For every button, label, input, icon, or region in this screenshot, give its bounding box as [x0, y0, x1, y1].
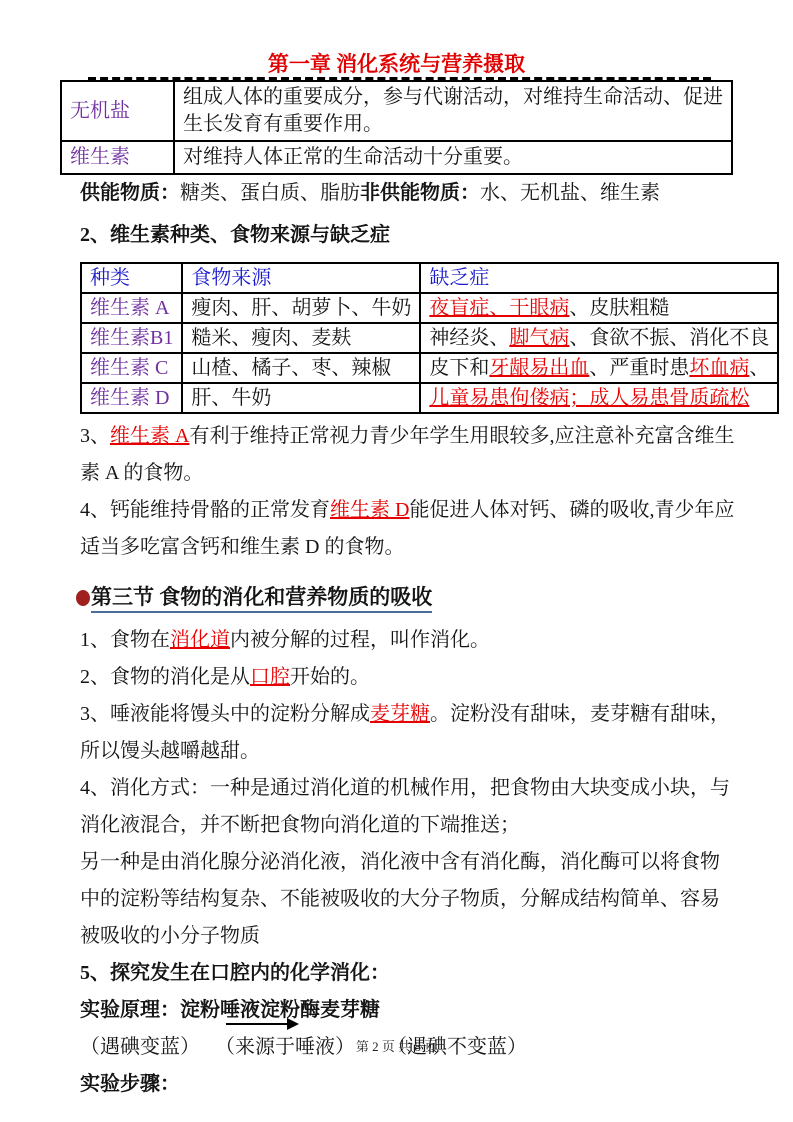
section3-heading: 第三节 食物的消化和营养物质的吸收	[76, 580, 735, 614]
paragraph-text: 4、钙能维持骨骼的正常发育	[80, 499, 330, 521]
key-term: 维生素 A	[110, 425, 189, 447]
deficiency-term: 儿童易患佝偻病；成人易患骨质疏松	[429, 387, 749, 409]
bullet-icon	[76, 590, 90, 606]
paragraph-text: 开始的。	[290, 666, 370, 688]
column-header-kind: 种类	[81, 263, 182, 293]
section3-title: 第三节 食物的消化和营养物质的吸收	[91, 585, 432, 613]
non-energy-label: 非供能物质：	[360, 182, 480, 204]
table-header-row: 种类 食物来源 缺乏症	[81, 263, 778, 293]
deficiency-text: 神经炎、	[429, 327, 509, 349]
enzyme-formula: 实验原理：淀粉唾液淀粉酶麦芽糖	[80, 992, 735, 1029]
digestion-item-1: 1、食物在消化道内被分解的过程，叫作消化。	[80, 622, 735, 659]
food-source-cell: 糙米、瘦肉、麦麸	[182, 323, 420, 353]
digestion-item-2: 2、食物的消化是从口腔开始的。	[80, 659, 735, 696]
deficiency-text: 、食欲不振、消化不良	[569, 327, 769, 349]
vitamin-section-heading: 2、维生素种类、食物来源与缺乏症	[80, 220, 753, 250]
enzyme-text: 唾液淀粉酶	[220, 999, 320, 1021]
deficiency-term: 牙龈易出血	[489, 357, 589, 379]
desc-cell: 对维持人体正常的生命活动十分重要。	[174, 141, 732, 174]
paragraph-text: 3、唾液能将馒头中的淀粉分解成	[80, 703, 370, 725]
digestion-item-4a: 4、消化方式：一种是通过消化道的机械作用，把食物由大块变成小块，与消化液混合，并…	[80, 770, 735, 844]
reactant-text: 淀粉	[180, 999, 220, 1021]
deficiency-text: 、皮肤粗糙	[569, 297, 669, 319]
deficiency-cell: 神经炎、脚气病、食欲不振、消化不良	[420, 323, 778, 353]
digestion-notes-block: 1、食物在消化道内被分解的过程，叫作消化。 2、食物的消化是从口腔开始的。 3、…	[80, 622, 735, 1103]
deficiency-term: 坏血病	[689, 357, 749, 379]
column-header-source: 食物来源	[182, 263, 420, 293]
table-row: 无机盐 组成人体的重要成分，参与代谢活动，对维持生命活动、促进生长发育有重要作用…	[61, 81, 732, 141]
paragraph-text: 1、食物在	[80, 629, 170, 651]
vitamin-name-cell: 维生素 D	[81, 383, 182, 413]
paragraph-text: 内被分解的过程，叫作消化。	[230, 629, 490, 651]
digestion-item-3: 3、唾液能将馒头中的淀粉分解成麦芽糖。淀粉没有甜味，麦芽糖有甜味，所以馒头越嚼越…	[80, 696, 735, 770]
deficiency-term: 夜盲症、干眼病	[429, 297, 569, 319]
paragraph-number: 3、	[80, 425, 110, 447]
nutrient-table-container: 无机盐 组成人体的重要成分，参与代谢活动，对维持生命活动、促进生长发育有重要作用…	[60, 80, 733, 175]
vitamin-name-cell: 维生素 C	[81, 353, 182, 383]
key-term: 维生素 D	[330, 499, 409, 521]
nutrient-table: 无机盐 组成人体的重要成分，参与代谢活动，对维持生命活动、促进生长发育有重要作用…	[60, 80, 733, 175]
table-row: 维生素 对维持人体正常的生命活动十分重要。	[61, 141, 732, 174]
deficiency-cell: 夜盲症、干眼病、皮肤粗糙	[420, 293, 778, 323]
product-text: 麦芽糖	[320, 999, 380, 1021]
term-cell: 无机盐	[61, 81, 174, 141]
non-energy-items: 水、无机盐、维生素	[480, 182, 660, 204]
column-header-deficiency: 缺乏症	[420, 263, 778, 293]
vitamin-table-container: 种类 食物来源 缺乏症 维生素 A 瘦肉、肝、胡萝卜、牛奶 夜盲症、干眼病、皮肤…	[80, 262, 715, 414]
term-cell: 维生素	[61, 141, 174, 174]
table-row: 维生素B1 糙米、瘦肉、麦麸 神经炎、脚气病、食欲不振、消化不良	[81, 323, 778, 353]
digestion-item-5: 5、探究发生在口腔内的化学消化：	[80, 955, 735, 992]
dashed-separator-line	[88, 77, 711, 81]
vitamin-name-cell: 维生素B1	[81, 323, 182, 353]
table-row: 维生素 C 山楂、橘子、枣、辣椒 皮下和牙龈易出血、严重时患坏血病、	[81, 353, 778, 383]
deficiency-text: 、严重时患	[589, 357, 689, 379]
vitamin-name-cell: 维生素 A	[81, 293, 182, 323]
paragraph-text: 2、食物的消化是从	[80, 666, 250, 688]
paragraph-vitamin-a: 3、维生素 A有利于维持正常视力青少年学生用眼较多,应注意补充富含维生素 A 的…	[80, 418, 735, 492]
key-term: 口腔	[250, 666, 290, 688]
food-source-cell: 瘦肉、肝、胡萝卜、牛奶	[182, 293, 420, 323]
food-source-cell: 肝、牛奶	[182, 383, 420, 413]
enzyme-wrap: 唾液淀粉酶	[220, 992, 320, 1029]
deficiency-cell: 皮下和牙龈易出血、严重时患坏血病、	[420, 353, 778, 383]
deficiency-term: 脚气病	[509, 327, 569, 349]
deficiency-text: 、	[749, 357, 769, 379]
desc-cell: 组成人体的重要成分，参与代谢活动，对维持生命活动、促进生长发育有重要作用。	[174, 81, 732, 141]
vitamin-table: 种类 食物来源 缺乏症 维生素 A 瘦肉、肝、胡萝卜、牛奶 夜盲症、干眼病、皮肤…	[80, 262, 779, 414]
key-term: 麦芽糖	[370, 703, 430, 725]
table-row: 维生素 D 肝、牛奶 儿童易患佝偻病；成人易患骨质疏松	[81, 383, 778, 413]
notes-block-vitamins: 3、维生素 A有利于维持正常视力青少年学生用眼较多,应注意补充富含维生素 A 的…	[80, 418, 735, 566]
deficiency-text: 皮下和	[429, 357, 489, 379]
paragraph-calcium: 4、钙能维持骨骼的正常发育维生素 D能促进人体对钙、磷的吸收,青少年应适当多吃富…	[80, 492, 735, 566]
experiment-steps-label: 实验步骤：	[80, 1066, 735, 1103]
page-footer: 第 2 页 共 8 页	[0, 1036, 793, 1055]
energy-label: 供能物质：	[80, 182, 180, 204]
key-term: 消化道	[170, 629, 230, 651]
reaction-arrow-icon	[226, 1023, 288, 1025]
digestion-item-4b: 另一种是由消化腺分泌消化液，消化液中含有消化酶，消化酶可以将食物中的淀粉等结构复…	[80, 844, 735, 955]
food-source-cell: 山楂、橘子、枣、辣椒	[182, 353, 420, 383]
document-page: 第一章 消化系统与营养摄取 无机盐 组成人体的重要成分，参与代谢活动，对维持生命…	[0, 0, 793, 1122]
principle-label: 实验原理：	[80, 999, 180, 1021]
deficiency-cell: 儿童易患佝偻病；成人易患骨质疏松	[420, 383, 778, 413]
energy-items: 糖类、蛋白质、脂肪	[180, 182, 360, 204]
energy-sources-line: 供能物质：糖类、蛋白质、脂肪非供能物质：水、无机盐、维生素	[80, 178, 753, 208]
table-row: 维生素 A 瘦肉、肝、胡萝卜、牛奶 夜盲症、干眼病、皮肤粗糙	[81, 293, 778, 323]
page-title: 第一章 消化系统与营养摄取	[0, 0, 793, 76]
